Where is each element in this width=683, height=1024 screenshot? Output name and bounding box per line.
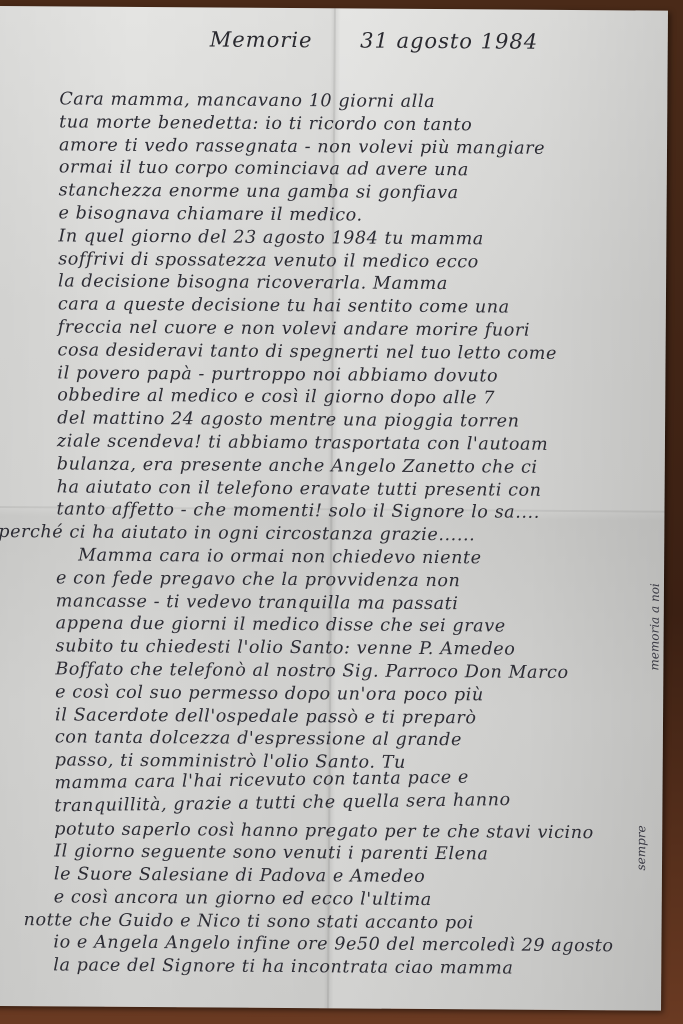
letter-line: la pace del Signore ti ha incontrata cia… <box>53 955 653 982</box>
letter-header: Memorie 31 agosto 1984 <box>210 27 539 53</box>
letter-date: 31 agosto 1984 <box>360 29 538 54</box>
letter-title: Memorie <box>210 27 313 52</box>
letter-paper: Memorie 31 agosto 1984 Cara mamma, manca… <box>0 6 668 1011</box>
photo-background: Memorie 31 agosto 1984 Cara mamma, manca… <box>0 0 683 1024</box>
margin-note: memoria a noi <box>647 583 662 670</box>
margin-note: sempre <box>634 825 648 870</box>
letter-body: Cara mamma, mancavano 10 giorni alla tua… <box>53 88 659 981</box>
